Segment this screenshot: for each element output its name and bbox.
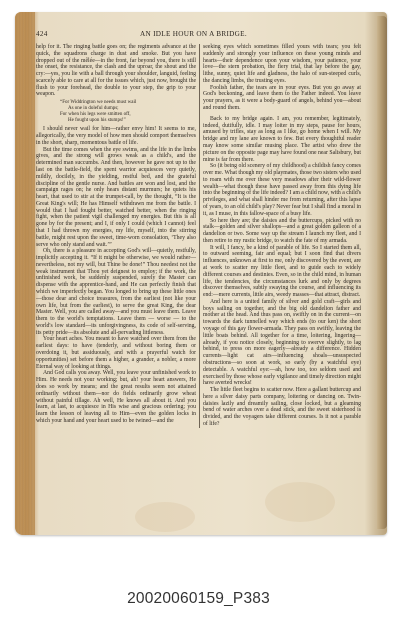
paragraph: So here they are; the daisies and the bu… [203, 218, 361, 245]
page-number: 424 [36, 30, 56, 42]
paper-stain [135, 502, 195, 532]
paragraph: help for it. The ringing battle goes on;… [36, 44, 196, 98]
paragraph: The little fleet begins to scatter now. … [203, 387, 361, 428]
paragraph: And God calls you away. Well, you leave … [36, 370, 196, 424]
paragraph: seeking eyes which sometimes filled your… [203, 44, 361, 85]
verse-line: He fought upon his stumps!” [60, 118, 196, 124]
left-column: help for it. The ringing battle goes on;… [36, 44, 200, 428]
paragraph: Back to my bridge again. I am, you remem… [203, 116, 361, 163]
running-title: AN IDLE HOUR ON A BRIDGE. [56, 30, 361, 42]
verse-quote: “For Widdrington we needs must wail As o… [60, 100, 196, 124]
book-gutter-edge [377, 16, 387, 529]
paragraph: And here is a united family of silver an… [203, 299, 361, 387]
paragraph: But the time comes when the eye swims, a… [36, 147, 196, 249]
paragraph: So (it being old scenery of my childhood… [203, 163, 361, 217]
right-column: seeking eyes which sometimes filled your… [200, 44, 361, 428]
paragraph: Foolish father, the tears are in your ey… [203, 85, 361, 112]
paragraph: Your heart aches. You meant to have watc… [36, 336, 196, 370]
running-header: 424 AN IDLE HOUR ON A BRIDGE. [36, 30, 361, 42]
paragraph: I should never wail for him—rather envy … [36, 126, 196, 146]
paragraph: Oh, there is a pleasure in accepting God… [36, 248, 196, 336]
page-fore-edge [15, 12, 35, 535]
page-content: 424 AN IDLE HOUR ON A BRIDGE. help for i… [36, 30, 361, 428]
paper-stain [265, 482, 335, 522]
two-column-text: help for it. The ringing battle goes on;… [36, 44, 361, 428]
paragraph: It will, I fancy, be a kind of parable o… [203, 245, 361, 299]
image-caption-id: 20020060159_P383 [0, 590, 397, 608]
